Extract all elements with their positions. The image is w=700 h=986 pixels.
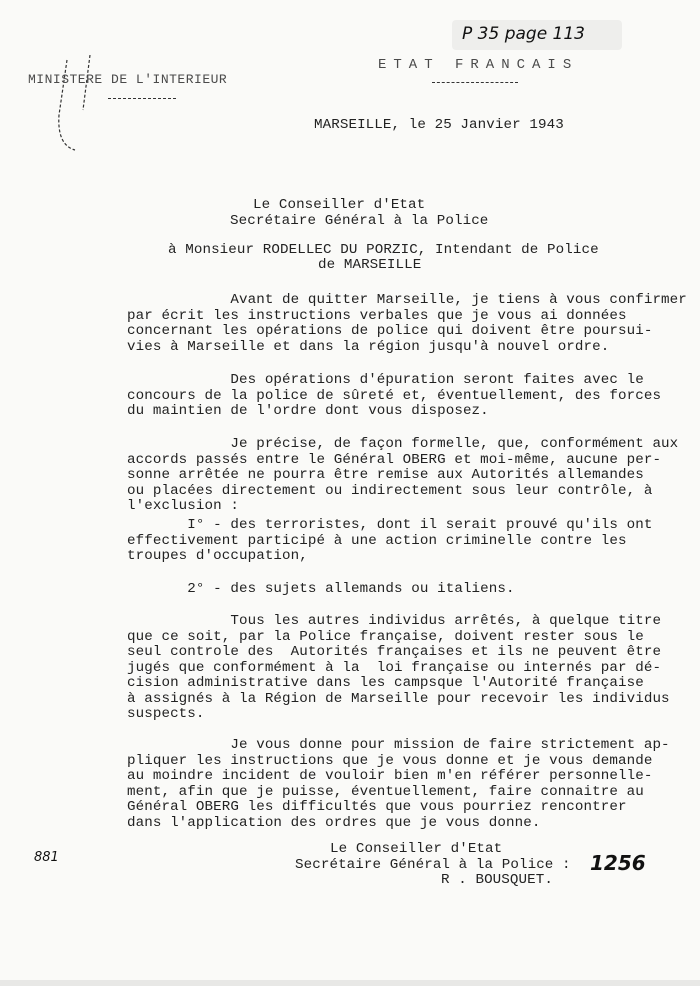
body-line: Des opérations d'épuration seront faites… xyxy=(127,373,661,389)
body-line: Je vous donne pour mission de faire stri… xyxy=(127,738,670,754)
margin-handwritten-number: 881 xyxy=(34,850,59,865)
body-paragraph-3: Je précise, de façon formelle, que, conf… xyxy=(127,437,678,515)
body-paragraph-1: Avant de quitter Marseille, je tiens à v… xyxy=(127,293,687,355)
body-line: ment, afin que je puisse, éventuellement… xyxy=(127,785,670,801)
recipient-line-2: de MARSEILLE xyxy=(318,258,421,274)
body-line: seul controle des Autorités françaises e… xyxy=(127,645,670,661)
body-line: accords passés entre le Général OBERG et… xyxy=(127,453,678,469)
body-line: du maintien de l'ordre dont vous dispose… xyxy=(127,404,661,420)
state-heading: ETAT FRANCAIS xyxy=(378,58,578,74)
body-line: l'exclusion : xyxy=(127,499,678,515)
body-line: vies à Marseille et dans la région jusqu… xyxy=(127,340,687,356)
body-line: au moindre incident de vouloir bien m'en… xyxy=(127,769,670,785)
body-line: troupes d'occupation, xyxy=(127,549,652,565)
exclusion-item-1: I° - des terroristes, dont il serait pro… xyxy=(127,518,652,565)
body-line: Avant de quitter Marseille, je tiens à v… xyxy=(127,293,687,309)
scan-bottom-edge xyxy=(0,980,700,986)
body-line: dans l'application des ordres que je vou… xyxy=(127,816,670,832)
body-line: concernant les opérations de police qui … xyxy=(127,324,687,340)
body-paragraph-2: Des opérations d'épuration seront faites… xyxy=(127,373,661,420)
signature-line-1: Le Conseiller d'Etat xyxy=(330,842,502,858)
body-line: Tous les autres individus arrêtés, à que… xyxy=(127,614,670,630)
state-underline xyxy=(432,82,518,83)
margin-bracket-mark xyxy=(45,55,105,155)
body-line: I° - des terroristes, dont il serait pro… xyxy=(127,518,652,534)
body-line: jugés que conformément à la loi français… xyxy=(127,661,670,677)
body-line: à assignés à la Région de Marseille pour… xyxy=(127,692,670,708)
body-line: par écrit les instructions verbales que … xyxy=(127,309,687,325)
body-line: concours de la police de sûreté et, éven… xyxy=(127,389,661,405)
body-line: Je précise, de façon formelle, que, conf… xyxy=(127,437,678,453)
ministry-heading: MINISTERE DE L'INTERIEUR xyxy=(28,72,227,88)
archive-reference-annotation: P 35 page 113 xyxy=(462,24,585,44)
body-line: effectivement participé à une action cri… xyxy=(127,534,652,550)
body-line: cision administrative dans les campsque … xyxy=(127,676,670,692)
body-paragraph-5: Je vous donne pour mission de faire stri… xyxy=(127,738,670,831)
sender-title-line-2: Secrétaire Général à la Police xyxy=(230,214,488,230)
sender-title-line-1: Le Conseiller d'Etat xyxy=(253,198,425,214)
ministry-underline xyxy=(108,98,176,99)
body-line: sonne arrêtée ne pourra être remise aux … xyxy=(127,468,678,484)
place-and-date: MARSEILLE, le 25 Janvier 1943 xyxy=(314,118,564,134)
body-line: Général OBERG les difficultés que vous p… xyxy=(127,800,670,816)
signature-handwritten-number: 1256 xyxy=(590,851,646,875)
body-line: 2° - des sujets allemands ou italiens. xyxy=(127,582,515,598)
body-line: pliquer les instructions que je vous don… xyxy=(127,754,670,770)
exclusion-item-2: 2° - des sujets allemands ou italiens. xyxy=(127,582,515,598)
signature-name: R . BOUSQUET. xyxy=(441,873,553,889)
body-paragraph-4: Tous les autres individus arrêtés, à que… xyxy=(127,614,670,723)
body-line: suspects. xyxy=(127,707,670,723)
body-line: que ce soit, par la Police française, do… xyxy=(127,630,670,646)
document-page: P 35 page 113 MINISTERE DE L'INTERIEUR E… xyxy=(0,0,700,986)
body-line: ou placées directement ou indirectement … xyxy=(127,484,678,500)
